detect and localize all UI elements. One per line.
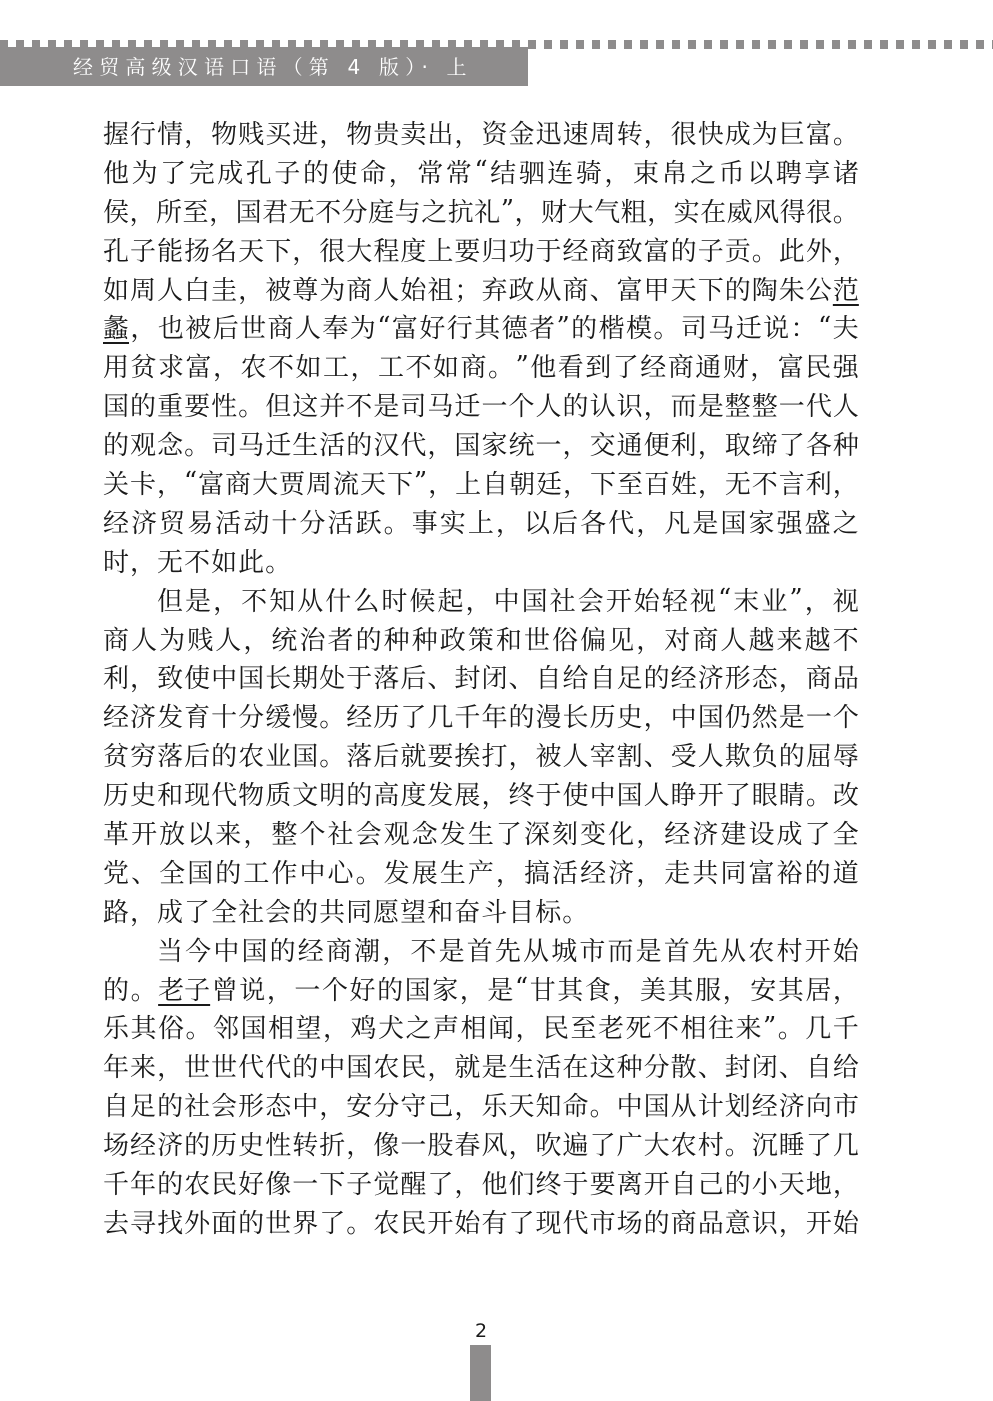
text-line: 孔子能扬名天下，很大程度上要归功于经商致富的子贡。此外，	[103, 230, 859, 269]
text-line: 场经济的历史性转折，像一股春风，吹遍了广大农村。沉睡了几	[103, 1124, 859, 1163]
underlined-proper-name: 范	[833, 270, 859, 307]
text-line: 如周人白圭，被尊为商人始祖；弃政从商、富甲天下的陶朱公范	[103, 269, 859, 308]
text-line: 去寻找外面的世界了。农民开始有了现代市场的商品意识，开始	[103, 1202, 859, 1241]
text-line: 的。老子曾说，一个好的国家，是“甘其食，美其服，安其居，	[103, 969, 859, 1008]
text-line: 历史和现代物质文明的高度发展，终于使中国人睁开了眼睛。改	[103, 774, 859, 813]
page-tab-marker	[470, 1345, 491, 1401]
text-line: 握行情，物贱买进，物贵卖出，资金迅速周转，很快成为巨富。	[103, 113, 859, 152]
text-line: 利，致使中国长期处于落后、封闭、自给自足的经济形态，商品	[103, 657, 859, 696]
text-line: 自足的社会形态中，安分守己，乐天知命。中国从计划经济向市	[103, 1085, 859, 1124]
text-line: 关卡，“富商大贾周流天下”，上自朝廷，下至百姓，无不言利，	[103, 463, 859, 502]
text-line: 国的重要性。但这并不是司马迁一个人的认识，而是整整一代人	[103, 385, 859, 424]
text-line: 当今中国的经商潮，不是首先从城市而是首先从农村开始	[103, 930, 859, 969]
text-line: 侯，所至，国君无不分庭与之抗礼”，财大气粗，实在威风得很。	[103, 191, 859, 230]
text-line: 贫穷落后的农业国。落后就要挨打，被人宰割、受人欺负的屈辱	[103, 735, 859, 774]
page-number: 2	[466, 1320, 496, 1342]
text-line: 路，成了全社会的共同愿望和奋斗目标。	[103, 891, 859, 930]
text-line: 千年的农民好像一下子觉醒了，他们终于要离开自己的小天地，	[103, 1163, 859, 1202]
text-line: 他为了完成孔子的使命，常常“结驷连骑，束帛之币以聘享诸	[103, 152, 859, 191]
text-line: 蠡，也被后世商人奉为“富好行其德者”的楷模。司马迁说：“夫	[103, 307, 859, 346]
text-line: 经济发育十分缓慢。经历了几千年的漫长历史，中国仍然是一个	[103, 696, 859, 735]
text-line: 乐其俗。邻国相望，鸡犬之声相闻，民至老死不相往来”。几千	[103, 1007, 859, 1046]
text-line: 但是，不知从什么时候起，中国社会开始轻视“末业”，视	[103, 580, 859, 619]
text-line: 用贫求富，农不如工，工不如商。”他看到了经商通财，富民强	[103, 346, 859, 385]
text-line: 党、全国的工作中心。发展生产，搞活经济，走共同富裕的道	[103, 852, 859, 891]
text-line: 年来，世世代代的中国农民，就是生活在这种分散、封闭、自给	[103, 1046, 859, 1085]
underlined-proper-name: 老子	[158, 970, 210, 1007]
text-line: 时，无不如此。	[103, 541, 859, 580]
text-line: 的观念。司马迁生活的汉代，国家统一，交通便利，取缔了各种	[103, 424, 859, 463]
book-title: 经贸高级汉语口语（第 4 版）· 上	[73, 50, 473, 84]
text-line: 革开放以来，整个社会观念发生了深刻变化，经济建设成了全	[103, 813, 859, 852]
body-text: 握行情，物贱买进，物贵卖出，资金迅速周转，很快成为巨富。他为了完成孔子的使命，常…	[103, 113, 859, 1241]
underlined-proper-name: 蠡	[103, 308, 129, 345]
text-line: 经济贸易活动十分活跃。事实上，以后各代，凡是国家强盛之	[103, 502, 859, 541]
text-line: 商人为贱人，统治者的种种政策和世俗偏见，对商人越来越不	[103, 619, 859, 658]
